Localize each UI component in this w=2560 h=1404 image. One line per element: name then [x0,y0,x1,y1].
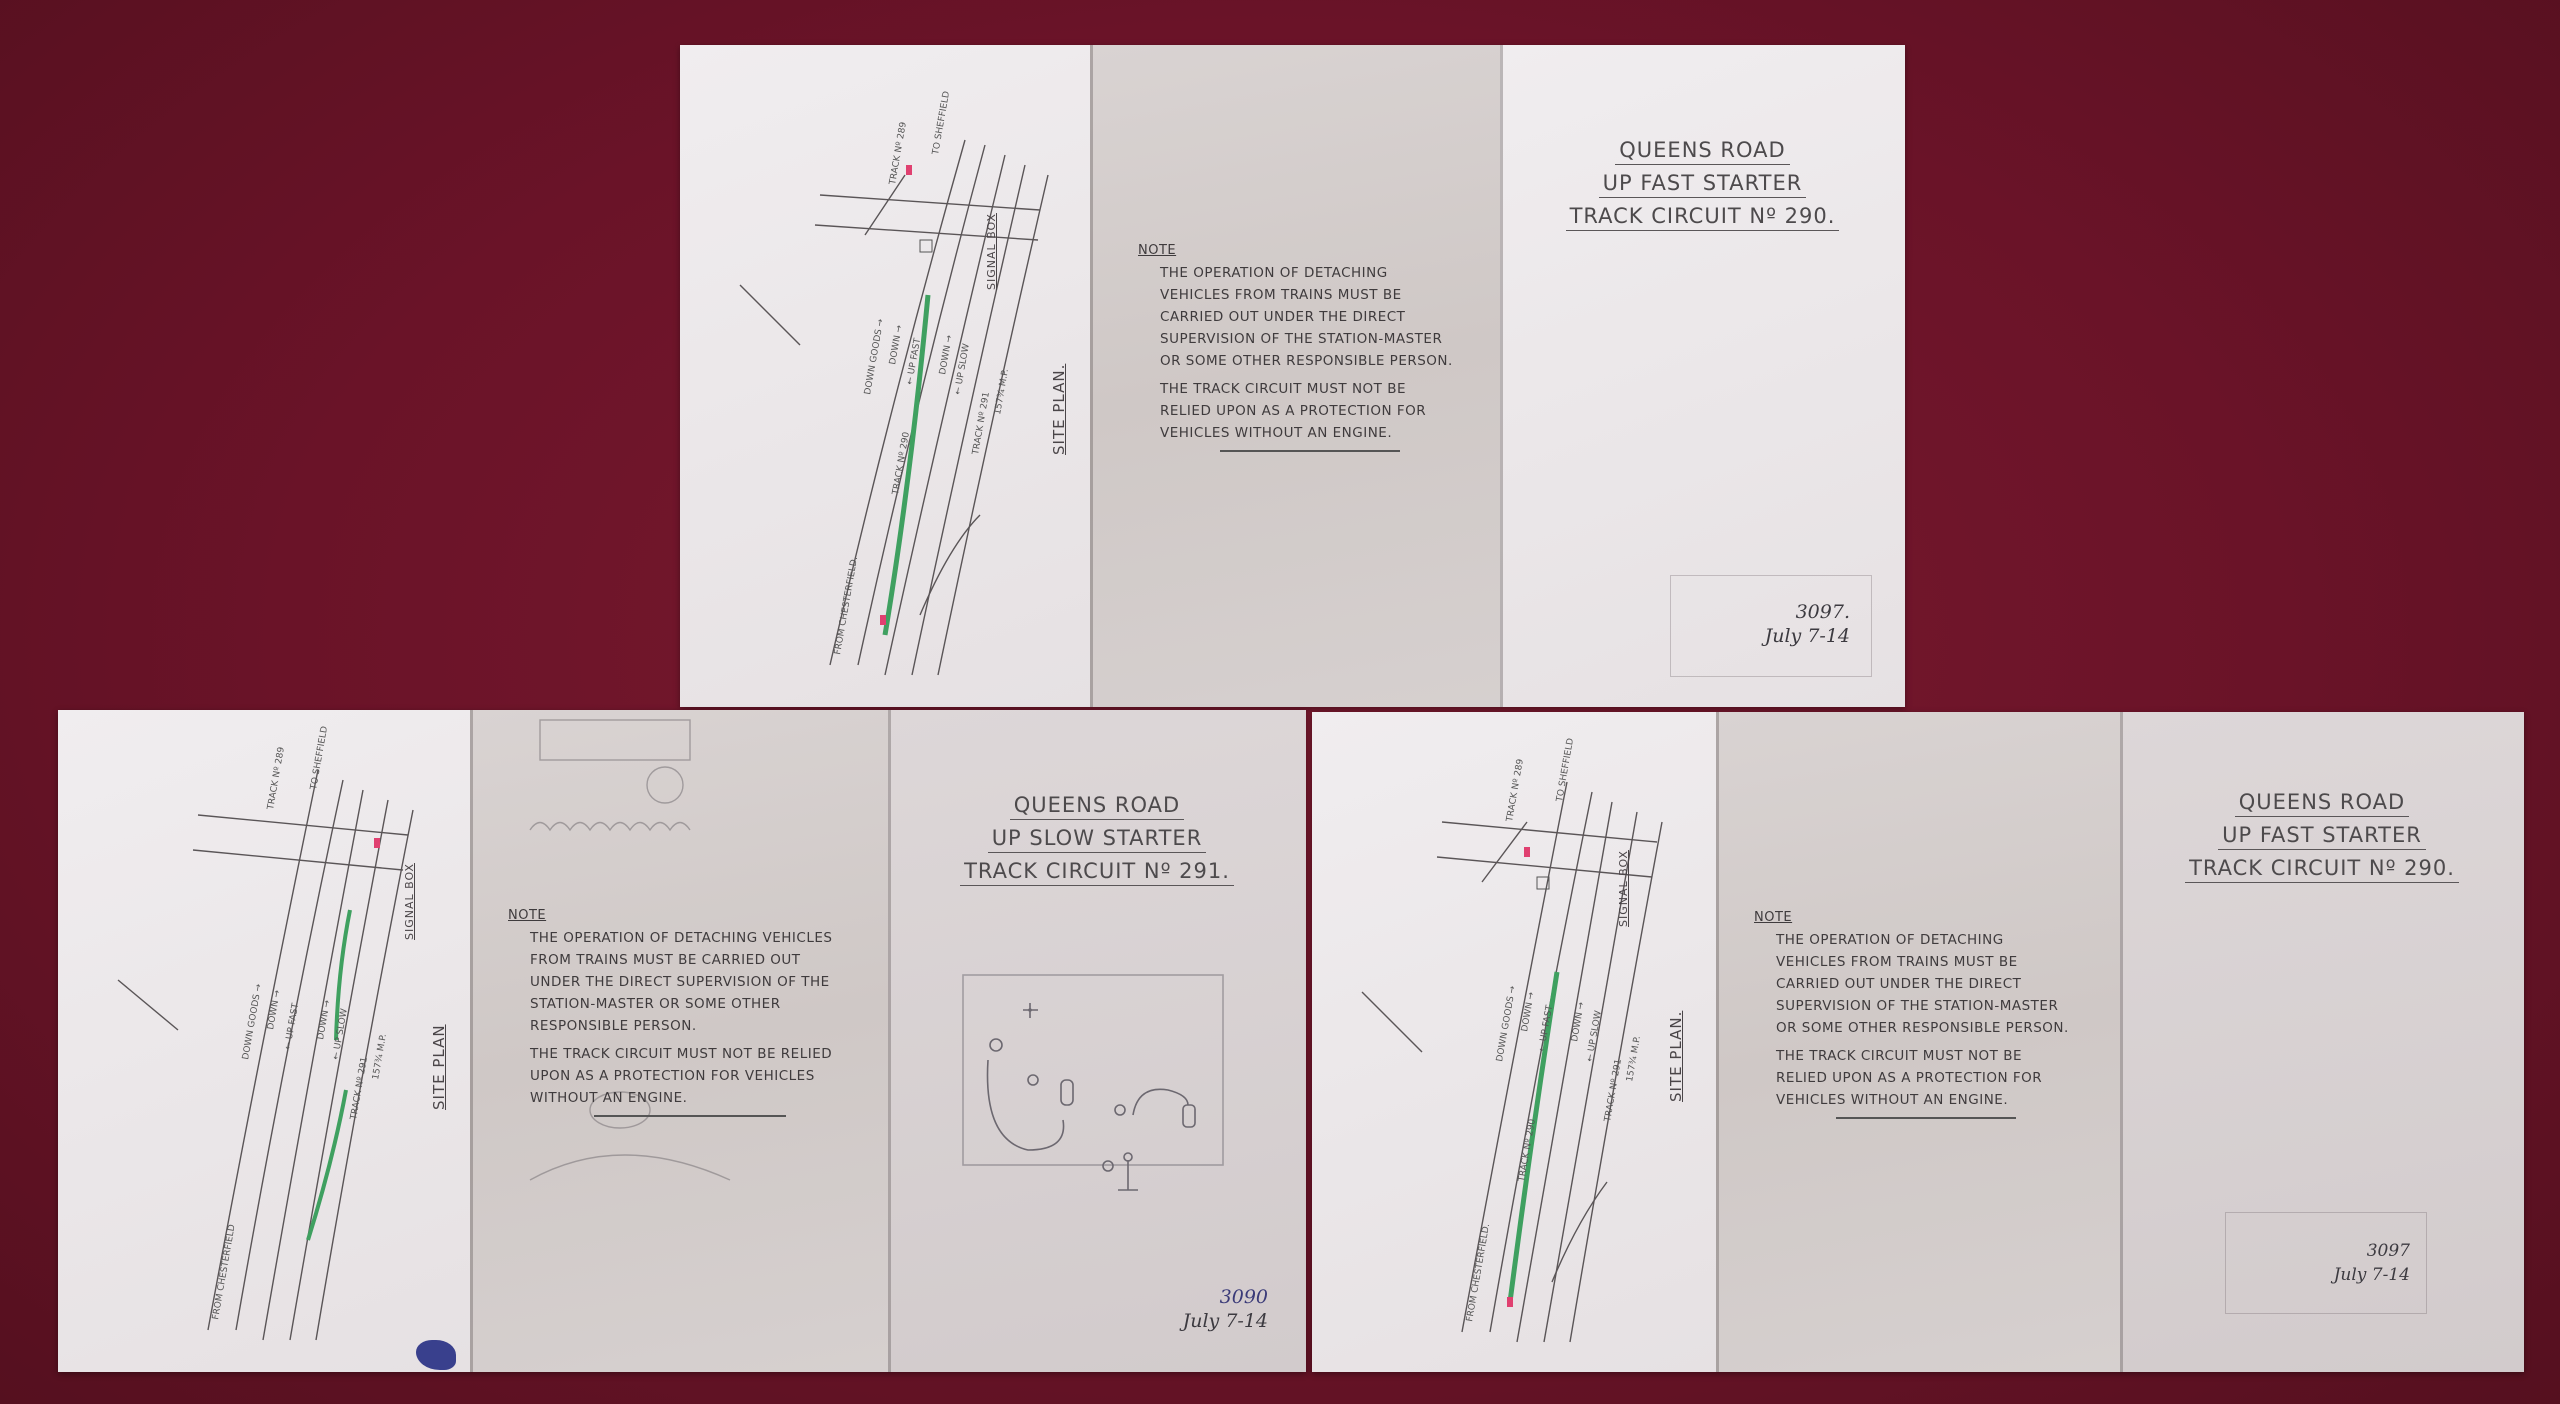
svg-text:FROM CHESTERFIELD: FROM CHESTERFIELD [211,1224,238,1321]
site-plan-label: SITE PLAN. [1050,364,1068,455]
site-plan-panel: FROM CHESTERFIELD. DOWN GOODS → DOWN → ←… [680,45,1090,707]
svg-text:← UP FAST: ← UP FAST [283,1002,301,1051]
title-line-2: UP FAST STARTER [1599,171,1807,198]
fold-line [1500,45,1503,707]
signal-box-label: SIGNAL BOX [1617,850,1630,927]
track-circuit-highlight [308,1090,346,1240]
note-paragraph-1: The operation of detaching Vehicles from… [1776,929,2076,1039]
reference-number: 3097 [2250,1239,2410,1263]
fold-line [1716,712,1719,1372]
title-line-1: QUEENS ROAD [1615,138,1789,165]
reference-number: 3090 [1068,1285,1268,1309]
handwritten-reference: 3090 July 7-14 [1068,1285,1268,1333]
note-underline [594,1115,786,1117]
note-text: NOTE The operation of detaching Vehicles… [530,905,850,1117]
reference-date: July 7-14 [1700,624,1850,648]
track-circuit-card-290-top: FROM CHESTERFIELD. DOWN GOODS → DOWN → ←… [680,45,1905,707]
reference-date: July 7-14 [1068,1309,1268,1333]
site-plan-panel: FROM CHESTERFIELD DOWN GOODS → DOWN → ← … [58,710,470,1372]
note-heading: NOTE [508,905,850,927]
svg-text:FROM CHESTERFIELD.: FROM CHESTERFIELD. [833,556,860,656]
site-plan-diagram: FROM CHESTERFIELD DOWN GOODS → DOWN → ← … [58,710,470,1372]
signal-24-icon [906,165,912,175]
svg-text:TO SHEFFIELD: TO SHEFFIELD [1555,737,1576,803]
signal-box-icon [920,240,932,252]
title-panel: QUEENS ROAD UP FAST STARTER TRACK CIRCUI… [1500,45,1905,707]
note-text: NOTE The operation of detaching Vehicles… [1160,240,1460,452]
svg-text:TRACK Nº 289: TRACK Nº 289 [1505,758,1526,823]
svg-text:DOWN GOODS →: DOWN GOODS → [863,318,886,396]
title-line-3: TRACK CIRCUIT Nº 290. [2185,856,2459,883]
svg-text:157¾ M.P.: 157¾ M.P. [371,1033,389,1080]
signal-box-label: SIGNAL BOX [985,213,998,290]
fold-line [888,710,891,1372]
site-plan-panel: FROM CHESTERFIELD. DOWN GOODS → DOWN → ←… [1312,712,1716,1372]
track-circuit-card-291: FROM CHESTERFIELD DOWN GOODS → DOWN → ← … [58,710,1306,1372]
svg-text:TRACK Nº 291: TRACK Nº 291 [971,391,992,456]
card-title: QUEENS ROAD UP FAST STARTER TRACK CIRCUI… [1500,135,1905,234]
title-line-2: UP FAST STARTER [2218,823,2426,850]
title-panel: QUEENS ROAD UP SLOW STARTER TRACK CIRCUI… [888,710,1306,1372]
site-plan-label: SITE PLAN [430,1024,448,1110]
note-paragraph-2: The Track Circuit must not be relied upo… [1776,1045,2076,1111]
svg-text:← UP SLOW: ← UP SLOW [331,1008,350,1061]
site-plan-diagram: FROM CHESTERFIELD. DOWN GOODS → DOWN → ←… [680,45,1090,707]
svg-text:TRACK Nº 289: TRACK Nº 289 [888,121,909,186]
note-paragraph-2: The Track Circuit must not be relied upo… [1160,378,1460,444]
note-text: NOTE The operation of detaching Vehicles… [1776,907,2076,1119]
reference-date: July 7-14 [2250,1263,2410,1287]
track-circuit-card-290-bottom: FROM CHESTERFIELD. DOWN GOODS → DOWN → ←… [1312,712,2524,1372]
svg-text:DOWN →: DOWN → [266,989,283,1031]
svg-text:DOWN GOODS →: DOWN GOODS → [241,983,264,1061]
fold-line [470,710,473,1372]
title-line-3: TRACK CIRCUIT Nº 290. [1566,204,1840,231]
svg-text:DOWN →: DOWN → [1570,1001,1587,1043]
note-heading: NOTE [1754,907,2076,929]
signal-24-icon [1524,847,1530,857]
title-panel: QUEENS ROAD UP FAST STARTER TRACK CIRCUI… [2120,712,2524,1372]
svg-text:157¾ M.P.: 157¾ M.P. [1625,1035,1643,1082]
note-underline [1836,1117,2016,1119]
fold-line [2120,712,2123,1372]
svg-text:DOWN →: DOWN → [1520,991,1537,1033]
signal-23-icon [880,615,886,625]
fold-line [1090,45,1093,707]
svg-text:TRACK Nº 291: TRACK Nº 291 [349,1056,370,1121]
note-panel: NOTE The operation of detaching Vehicles… [1716,712,2120,1372]
svg-text:← UP SLOW: ← UP SLOW [953,343,972,396]
svg-text:FROM CHESTERFIELD.: FROM CHESTERFIELD. [1465,1223,1492,1323]
note-panel: NOTE The operation of detaching Vehicles… [1090,45,1500,707]
svg-text:DOWN →: DOWN → [938,334,955,376]
note-panel: NOTE The operation of detaching Vehicles… [470,710,888,1372]
card-title: QUEENS ROAD UP FAST STARTER TRACK CIRCUI… [2120,787,2524,886]
svg-text:TO SHEFFIELD: TO SHEFFIELD [931,90,952,156]
pencil-circuit-sketch [888,710,1306,1372]
signal-24-icon [374,838,380,848]
signal-box-label: SIGNAL BOX [403,863,416,940]
note-heading: NOTE [1138,240,1460,262]
note-underline [1220,450,1400,452]
handwritten-reference: 3097. July 7-14 [1700,600,1850,648]
svg-text:TRACK Nº 289: TRACK Nº 289 [266,746,287,811]
site-plan-label: SITE PLAN. [1667,1011,1685,1102]
svg-text:157¾ M.P.: 157¾ M.P. [993,368,1011,415]
svg-text:TO SHEFFIELD: TO SHEFFIELD [309,725,330,791]
note-paragraph-1: The operation of detaching Vehicles from… [530,927,850,1037]
title-line-1: QUEENS ROAD [2235,790,2409,817]
handwritten-reference: 3097 July 7-14 [2250,1239,2410,1287]
svg-text:← UP FAST: ← UP FAST [1537,1004,1555,1053]
svg-text:TRACK Nº 290: TRACK Nº 290 [1517,1118,1538,1183]
svg-text:← UP SLOW: ← UP SLOW [1585,1010,1604,1063]
signal-23-icon [1507,1297,1513,1307]
note-paragraph-2: The Track Circuit must not be relied upo… [530,1043,850,1109]
svg-text:DOWN →: DOWN → [316,999,333,1041]
reference-number: 3097. [1700,600,1850,624]
svg-text:TRACK Nº 291: TRACK Nº 291 [1603,1058,1624,1123]
site-plan-diagram: FROM CHESTERFIELD. DOWN GOODS → DOWN → ←… [1312,712,1716,1372]
note-paragraph-1: The operation of detaching Vehicles from… [1160,262,1460,372]
svg-text:DOWN →: DOWN → [888,324,905,366]
